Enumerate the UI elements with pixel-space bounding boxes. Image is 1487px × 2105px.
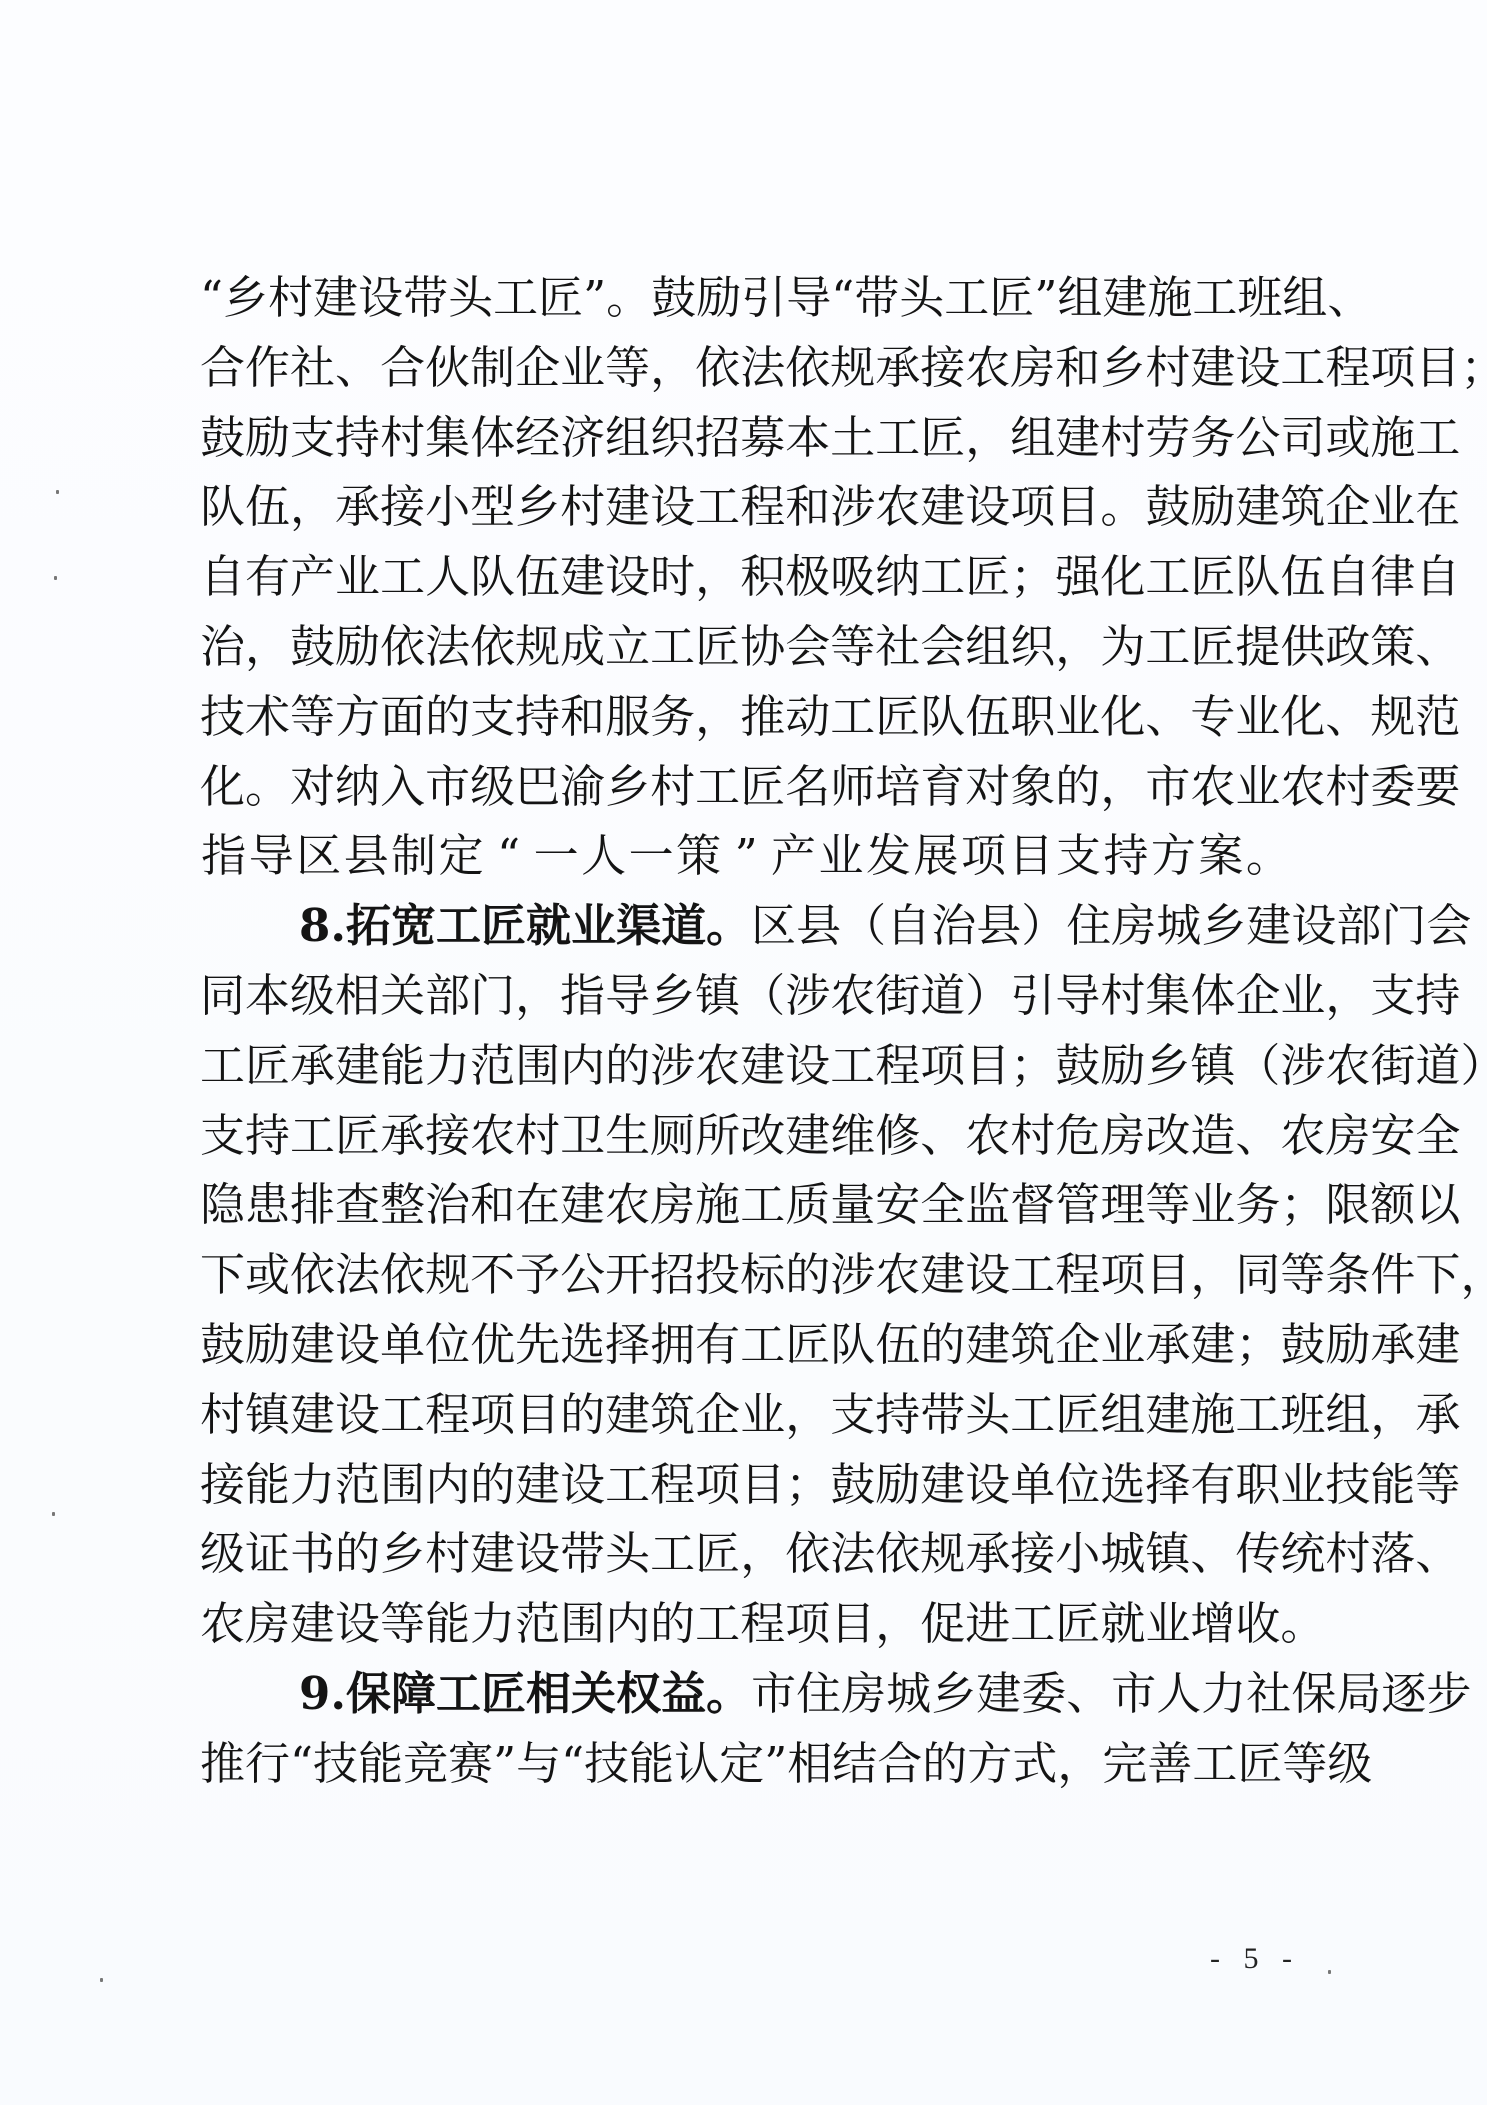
- text-line: 队伍，承接小型乡村建设工程和涉农建设项目。鼓励建筑企业在: [200, 472, 1292, 542]
- text-line: 下或依法依规不予公开招投标的涉农建设工程项目，同等条件下，: [200, 1240, 1292, 1310]
- text-line: “乡村建设带头工匠”。鼓励引导“带头工匠”组建施工班组、: [200, 263, 1292, 333]
- text-line: 工匠承建能力范围内的涉农建设工程项目；鼓励乡镇（涉农街道）: [200, 1031, 1292, 1101]
- scan-speck: [56, 490, 59, 494]
- text-line: 接能力范围内的建设工程项目；鼓励建设单位选择有职业技能等: [200, 1450, 1292, 1520]
- text-line: 指导区县制定“一人一策”产业发展项目支持方案。: [200, 821, 1292, 891]
- text-line: 同本级相关部门，指导乡镇（涉农街道）引导村集体企业，支持: [200, 961, 1292, 1031]
- text-line: 治，鼓励依法依规成立工匠协会等社会组织，为工匠提供政策、: [200, 612, 1292, 682]
- scan-speck: [52, 1512, 55, 1516]
- text-line: 村镇建设工程项目的建筑企业，支持带头工匠组建施工班组，承: [200, 1380, 1292, 1450]
- text-line: 隐患排查整治和在建农房施工质量安全监督管理等业务；限额以: [200, 1170, 1292, 1240]
- text-line: 支持工匠承接农村卫生厕所改建维修、农村危房改造、农房安全: [200, 1101, 1292, 1171]
- text-line: 技术等方面的支持和服务，推动工匠队伍职业化、专业化、规范: [200, 682, 1292, 752]
- section-9-first-line: 9.保障工匠相关权益。市住房城乡建委、市人力社保局逐步: [200, 1659, 1292, 1729]
- scan-speck: [54, 576, 57, 580]
- text-line: 鼓励建设单位优先选择拥有工匠队伍的建筑企业承建；鼓励承建: [200, 1310, 1292, 1380]
- document-page: “乡村建设带头工匠”。鼓励引导“带头工匠”组建施工班组、 合作社、合伙制企业等，…: [0, 0, 1487, 2105]
- body-text: “乡村建设带头工匠”。鼓励引导“带头工匠”组建施工班组、 合作社、合伙制企业等，…: [200, 263, 1292, 1799]
- text-line: 农房建设等能力范围内的工程项目，促进工匠就业增收。: [200, 1589, 1292, 1659]
- text-line: 鼓励支持村集体经济组织招募本土工匠，组建村劳务公司或施工: [200, 403, 1292, 473]
- section-8-first-line: 8.拓宽工匠就业渠道。区县（自治县）住房城乡建设部门会: [200, 891, 1292, 961]
- text-line: 化。对纳入市级巴渝乡村工匠名师培育对象的，市农业农村委要: [200, 752, 1292, 822]
- text-line: 级证书的乡村建设带头工匠，依法依规承接小城镇、传统村落、: [200, 1519, 1292, 1589]
- scan-speck: [100, 1978, 103, 1982]
- text-line: 自有产业工人队伍建设时，积极吸纳工匠；强化工匠队伍自律自: [200, 542, 1292, 612]
- text-line: 合作社、合伙制企业等，依法依规承接农房和乡村建设工程项目；: [200, 333, 1292, 403]
- scan-speck: [1328, 1970, 1331, 1974]
- page-number: - 5 -: [1210, 1942, 1300, 1976]
- text-line: 推行“技能竞赛”与“技能认定”相结合的方式，完善工匠等级: [200, 1729, 1292, 1799]
